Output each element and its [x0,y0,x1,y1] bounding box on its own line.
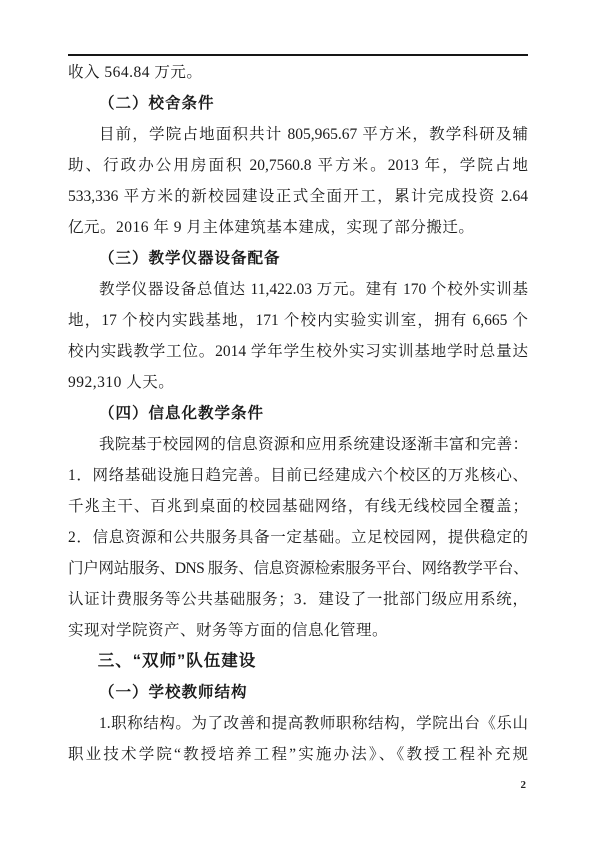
body-line: 收入 564.84 万元。 [68,57,528,88]
body-line: 亿元。2016 年 9 月主体建筑基本建成，实现了部分搬迁。 [68,212,528,243]
body-line: 门户网站服务、DNS 服务、信息资源检索服务平台、网络教学平台、 [68,553,528,584]
page-body: 收入 564.84 万元。 （二）校舍条件 目前，学院占地面积共计 805,96… [68,57,528,770]
body-line: 2．信息资源和公共服务具备一定基础。立足校园网，提供稳定的 [68,522,528,553]
body-line: 992,310 人天。 [68,367,528,398]
section-heading: （一）学校教师结构 [68,677,528,708]
body-line: 教学仪器设备总值达 11,422.03 万元。建有 170 个校外实训基 [68,274,528,305]
body-line: 校内实践教学工位。2014 学年学生校外实习实训基地学时总量达 [68,336,528,367]
header-rule [68,54,528,56]
body-line: 实现对学院资产、财务等方面的信息化管理。 [68,615,528,646]
body-line: 1．网络基础设施日趋完善。目前已经建成六个校区的万兆核心、 [68,460,528,491]
body-line: 目前，学院占地面积共计 805,965.67 平方米，教学科研及辅 [68,119,528,150]
body-line: 千兆主干、百兆到桌面的校园基础网络，有线无线校园全覆盖； [68,491,528,522]
section-heading: （三）教学仪器设备配备 [68,243,528,274]
body-line: 地，17 个校内实践基地，171 个校内实验实训室，拥有 6,665 个 [68,305,528,336]
section-heading: （二）校舍条件 [68,88,528,119]
body-line: 我院基于校园网的信息资源和应用系统建设逐渐丰富和完善： [68,429,528,460]
body-line: 533,336 平方米的新校园建设正式全面开工，累计完成投资 2.64 [68,181,528,212]
body-line: 1.职称结构。为了改善和提高教师职称结构，学院出台《乐山 [68,708,528,739]
document-page: 收入 564.84 万元。 （二）校舍条件 目前，学院占地面积共计 805,96… [0,0,596,842]
chapter-heading: 三、“双师”队伍建设 [68,646,528,677]
body-line: 认证计费服务等公共基础服务；3．建设了一批部门级应用系统， [68,584,528,615]
section-heading: （四）信息化教学条件 [68,398,528,429]
body-line: 助、行政办公用房面积 20,7560.8 平方米。2013 年，学院占地 [68,150,528,181]
body-line: 职业技术学院“教授培养工程”实施办法》、《教授工程补充规 [68,739,528,770]
page-number: 2 [521,778,527,792]
